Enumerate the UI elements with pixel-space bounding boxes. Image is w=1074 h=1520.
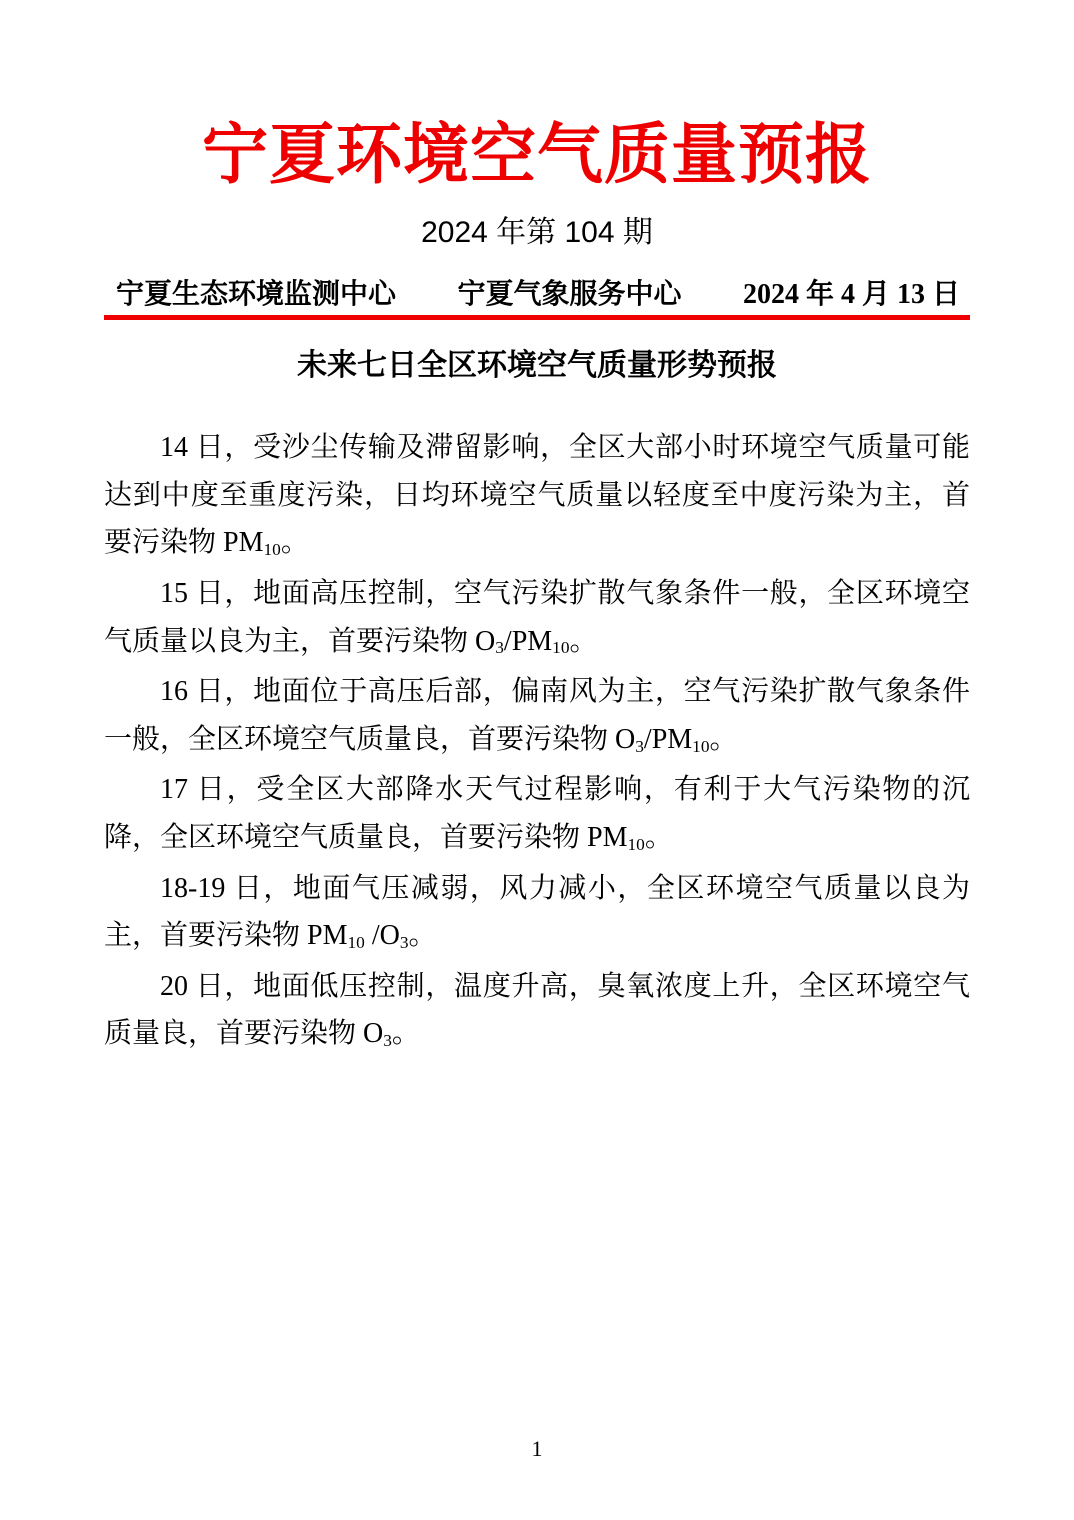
red-divider-rule <box>104 315 970 320</box>
document-content: 宁夏环境空气质量预报 2024 年第 104 期 宁夏生态环境监测中心 宁夏气象… <box>104 116 970 1061</box>
issuing-header-row: 宁夏生态环境监测中心 宁夏气象服务中心 2024 年 4 月 13 日 <box>104 277 970 313</box>
paragraph-text-run: 17 日，受全区大部降水天气过程影响，有利于大气污染物的沉降，全区环境空气质量良… <box>104 774 970 853</box>
pollutant-subscript: 10 <box>552 638 569 657</box>
paragraph-text-run: 。 <box>645 822 673 853</box>
paragraph-text-run: /O <box>365 920 400 951</box>
paragraph-text-run: 。 <box>392 1018 420 1049</box>
issuing-org-center: 宁夏气象服务中心 <box>457 277 681 313</box>
issuing-org-left: 宁夏生态环境监测中心 <box>116 277 396 313</box>
document-title: 宁夏环境空气质量预报 <box>104 116 970 195</box>
forecast-paragraph: 17 日，受全区大部降水天气过程影响，有利于大气污染物的沉降，全区环境空气质量良… <box>104 766 970 864</box>
issue-number-line: 2024 年第 104 期 <box>104 213 970 253</box>
pollutant-subscript: 10 <box>692 737 709 756</box>
paragraph-text-run: 。 <box>570 626 598 657</box>
paragraph-text-run: 18-19 日，地面气压减弱，风力减小，全区环境空气质量以良为主，首要污染物 P… <box>104 873 970 952</box>
pollutant-subscript: 3 <box>383 1031 392 1050</box>
paragraph-text-run: /PM <box>644 724 692 755</box>
section-title: 未来七日全区环境空气质量形势预报 <box>104 346 970 386</box>
forecast-paragraph: 18-19 日，地面气压减弱，风力减小，全区环境空气质量以良为主，首要污染物 P… <box>104 865 970 963</box>
forecast-paragraphs: 14 日，受沙尘传输及滞留影响，全区大部小时环境空气质量可能达到中度至重度污染，… <box>104 424 970 1061</box>
paragraph-text-run: 。 <box>281 527 309 558</box>
pollutant-subscript: 10 <box>347 933 364 952</box>
forecast-paragraph: 20 日，地面低压控制，温度升高，臭氧浓度上升，全区环境空气质量良，首要污染物 … <box>104 963 970 1061</box>
document-page: 宁夏环境空气质量预报 2024 年第 104 期 宁夏生态环境监测中心 宁夏气象… <box>0 0 1074 1520</box>
issue-date: 2024 年 4 月 13 日 <box>743 277 960 313</box>
forecast-paragraph: 14 日，受沙尘传输及滞留影响，全区大部小时环境空气质量可能达到中度至重度污染，… <box>104 424 970 570</box>
pollutant-subscript: 3 <box>495 638 504 657</box>
forecast-paragraph: 16 日，地面位于高压后部，偏南风为主，空气污染扩散气象条件一般，全区环境空气质… <box>104 668 970 766</box>
pollutant-subscript: 3 <box>635 737 644 756</box>
paragraph-text-run: 。 <box>710 724 738 755</box>
paragraph-text-run: 20 日，地面低压控制，温度升高，臭氧浓度上升，全区环境空气质量良，首要污染物 … <box>104 971 970 1050</box>
pollutant-subscript: 3 <box>400 933 409 952</box>
forecast-paragraph: 15 日，地面高压控制，空气污染扩散气象条件一般，全区环境空气质量以良为主，首要… <box>104 570 970 668</box>
paragraph-text-run: 。 <box>409 920 437 951</box>
paragraph-text-run: 14 日，受沙尘传输及滞留影响，全区大部小时环境空气质量可能达到中度至重度污染，… <box>104 432 970 558</box>
paragraph-text-run: /PM <box>504 626 552 657</box>
pollutant-subscript: 10 <box>263 540 280 559</box>
page-number: 1 <box>0 1436 1074 1462</box>
paragraph-text-run: 16 日，地面位于高压后部，偏南风为主，空气污染扩散气象条件一般，全区环境空气质… <box>104 676 970 755</box>
pollutant-subscript: 10 <box>627 835 644 854</box>
